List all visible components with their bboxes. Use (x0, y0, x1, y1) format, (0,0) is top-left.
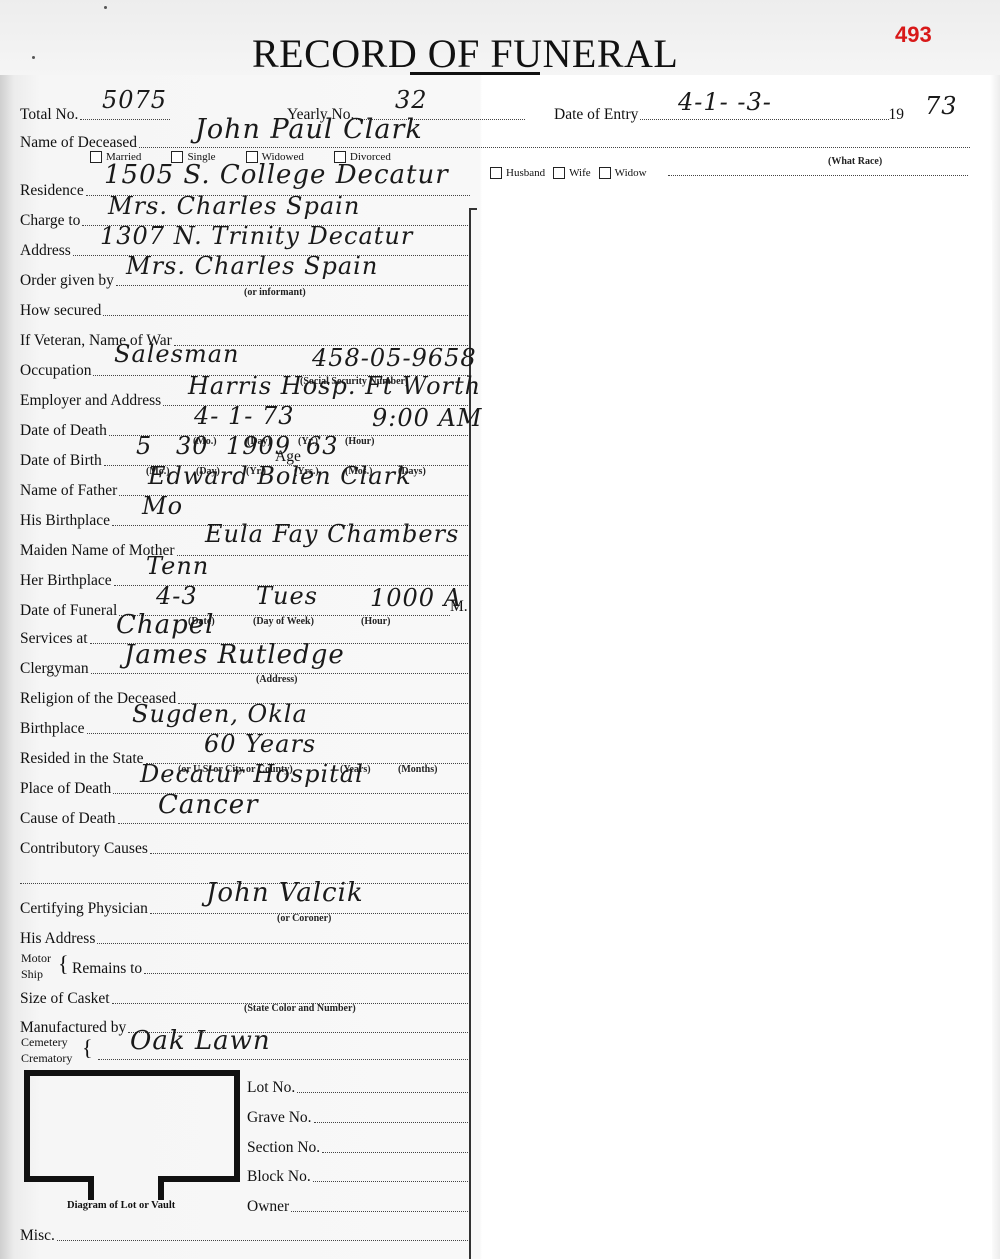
cemetery-value[interactable]: Oak Lawn (130, 1026, 271, 1056)
residence-value[interactable]: 1505 S. College Decatur (104, 160, 449, 190)
checkbox-box[interactable] (90, 151, 102, 163)
scan-speck (104, 6, 107, 9)
funeral-hour-value[interactable]: 1000 A (370, 584, 462, 612)
lot-no-row: Lot No. (247, 1073, 468, 1097)
spouse-status-group: Husband Wife Widow (490, 167, 647, 179)
order-given-by-value[interactable]: Mrs. Charles Spain (126, 252, 378, 280)
date-of-death-value[interactable]: 4- 1- 73 (194, 402, 295, 430)
funeral-day-value[interactable]: Tues (256, 582, 318, 610)
birthplace-value[interactable]: Sugden, Okla (132, 700, 308, 728)
place-of-death-value[interactable]: Decatur Hospital (140, 760, 364, 788)
checkbox-wife[interactable]: Wife (553, 167, 591, 179)
contributory-causes-row: Contributory Causes (20, 834, 468, 858)
blank-right-area (482, 200, 992, 1259)
name-of-deceased-row: Name of Deceased (20, 128, 970, 152)
date-of-entry-year[interactable]: 73 (925, 92, 958, 120)
owner-row: Owner (247, 1192, 468, 1216)
what-race-line[interactable] (668, 160, 968, 180)
birth-day-value[interactable]: 30 (176, 432, 209, 460)
address-value[interactable]: 1307 N. Trinity Decatur (100, 222, 413, 250)
misc-row: Misc. (20, 1221, 468, 1245)
mother-maiden-name-value[interactable]: Eula Fay Chambers (205, 520, 459, 548)
brace-icon: { (58, 954, 69, 974)
remains-to-row: Remains to (72, 954, 468, 978)
funeral-date-value[interactable]: 4-3 (156, 582, 198, 610)
diagram-caption: Diagram of Lot or Vault (67, 1200, 175, 1211)
services-at-value[interactable]: Chapel (116, 610, 215, 640)
time-of-death-value[interactable]: 9:00 AM (372, 404, 482, 432)
father-name-value[interactable]: Edward Bolen Clark (148, 462, 412, 490)
her-birthplace-value[interactable]: Tenn (146, 552, 209, 580)
charge-to-value[interactable]: Mrs. Charles Spain (108, 192, 360, 220)
his-address-row: His Address (20, 924, 468, 948)
how-secured-row: How secured (20, 296, 468, 320)
total-no-value[interactable]: 5075 (102, 86, 167, 114)
occupation-value[interactable]: Salesman (114, 340, 239, 368)
birth-month-value[interactable]: 5 (136, 432, 152, 460)
checkbox-husband[interactable]: Husband (490, 167, 545, 179)
checkbox-box[interactable] (490, 167, 502, 179)
form-border-tick (469, 208, 477, 210)
section-no-row: Section No. (247, 1133, 468, 1157)
diagram-edge (88, 1176, 94, 1200)
page-title: RECORD OF FUNERAL (252, 30, 678, 77)
diagram-edge (158, 1176, 164, 1200)
certifying-physician-value[interactable]: John Valcik (206, 878, 364, 908)
checkbox-widow[interactable]: Widow (599, 167, 647, 179)
checkbox-box[interactable] (599, 167, 611, 179)
cause-of-death-value[interactable]: Cancer (158, 790, 259, 820)
resided-in-state-value[interactable]: 60 Years (204, 730, 316, 758)
name-of-deceased-value[interactable]: John Paul Clark (195, 114, 423, 145)
age-value[interactable]: 63 (306, 432, 339, 460)
his-birthplace-value[interactable]: Mo (142, 492, 183, 520)
coroner-caption: (or Coroner) (277, 913, 331, 924)
scan-speck (32, 56, 35, 59)
brace-icon: { (82, 1038, 93, 1058)
cemetery-crematory-stack: Cemetery Crematory (21, 1034, 72, 1066)
diagram-edge (158, 1176, 234, 1182)
yearly-no-value[interactable]: 32 (395, 86, 428, 114)
clergyman-value[interactable]: James Rutledge (124, 640, 345, 670)
employer-value[interactable]: Harris Hosp. Ft Worth (188, 372, 481, 400)
lot-diagram-box (24, 1070, 240, 1182)
block-no-row: Block No. (247, 1162, 468, 1186)
date-of-entry-value[interactable]: 4-1- -3- (678, 88, 772, 116)
checkbox-box[interactable] (553, 167, 565, 179)
grave-no-row: Grave No. (247, 1103, 468, 1127)
title-underline (410, 72, 540, 75)
motor-ship-stack: Motor Ship (21, 950, 51, 982)
page-number: 493 (895, 22, 932, 48)
diagram-edge (24, 1176, 94, 1182)
ssn-value[interactable]: 458-05-9658 (312, 344, 477, 372)
